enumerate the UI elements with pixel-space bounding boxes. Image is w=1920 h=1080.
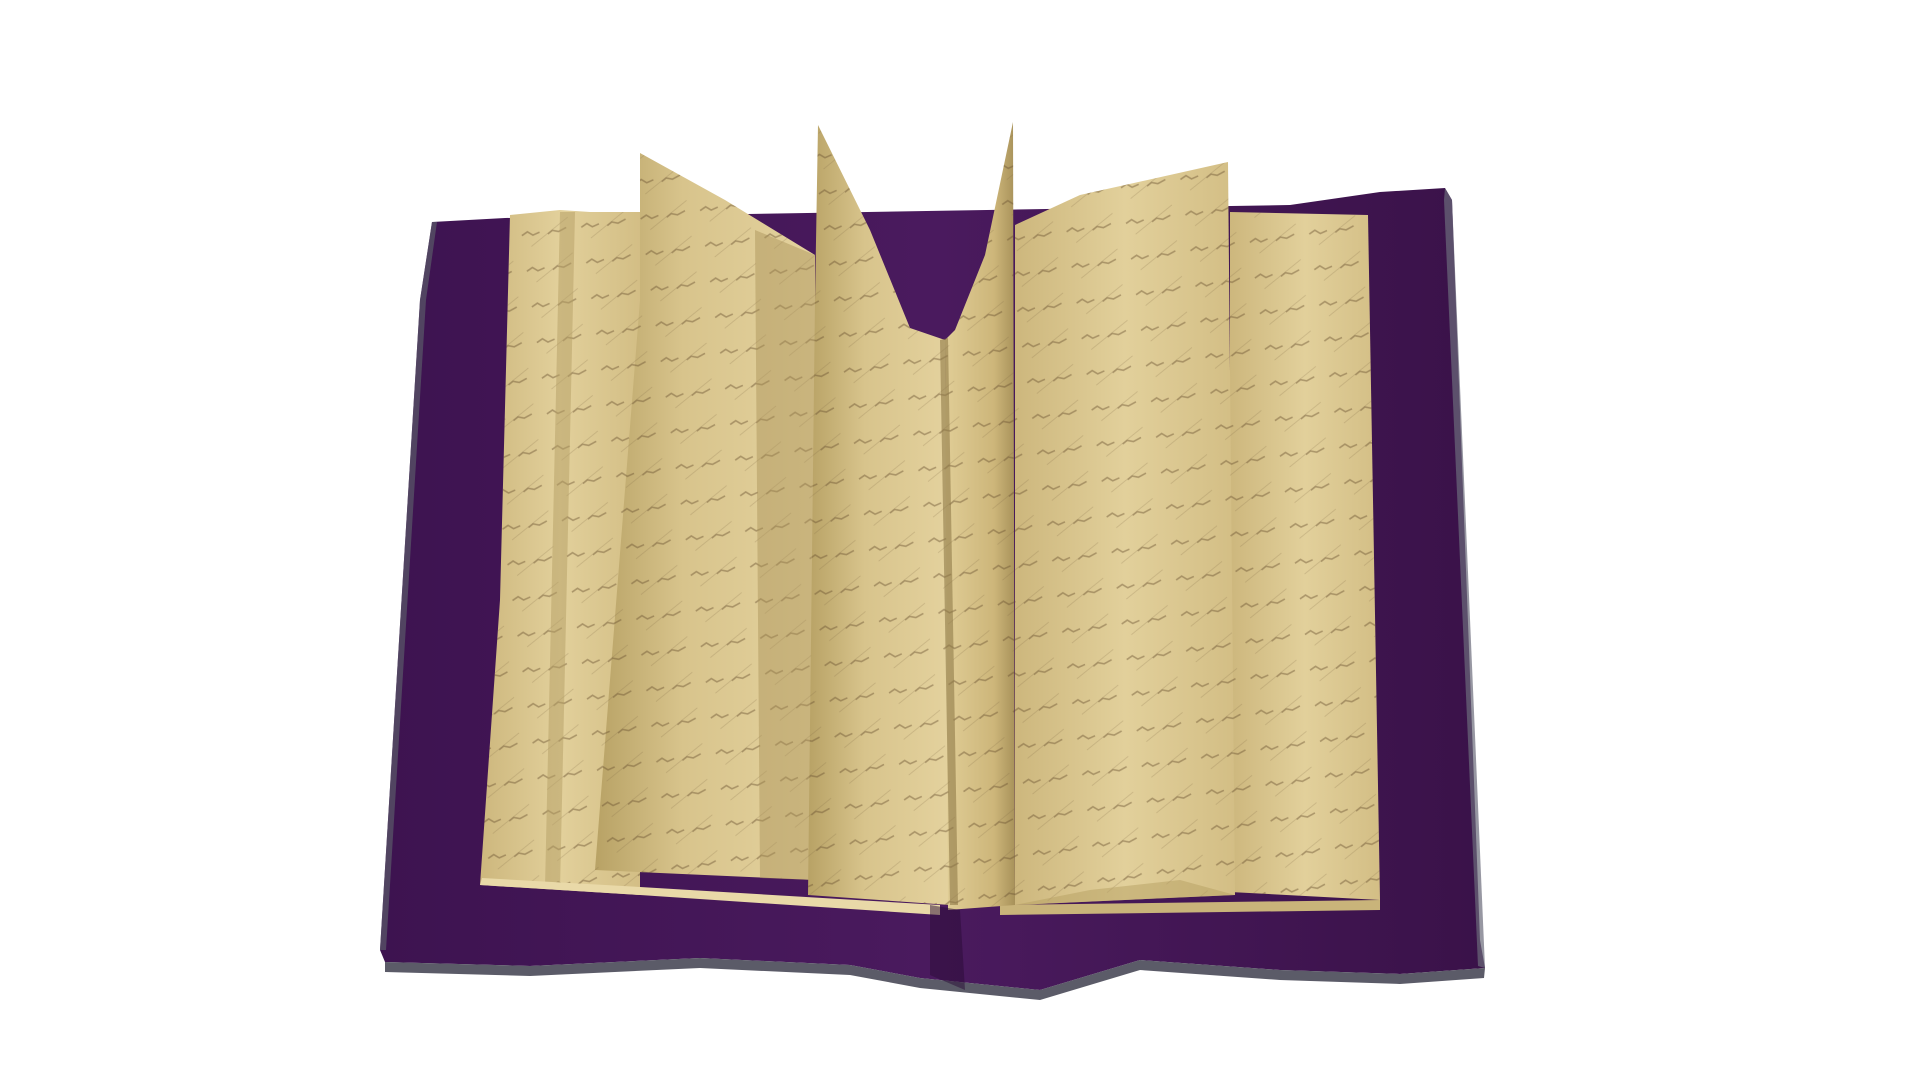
book-illustration (0, 0, 1920, 1080)
page-right-raised (1015, 162, 1235, 905)
spine-shadow (930, 905, 965, 990)
